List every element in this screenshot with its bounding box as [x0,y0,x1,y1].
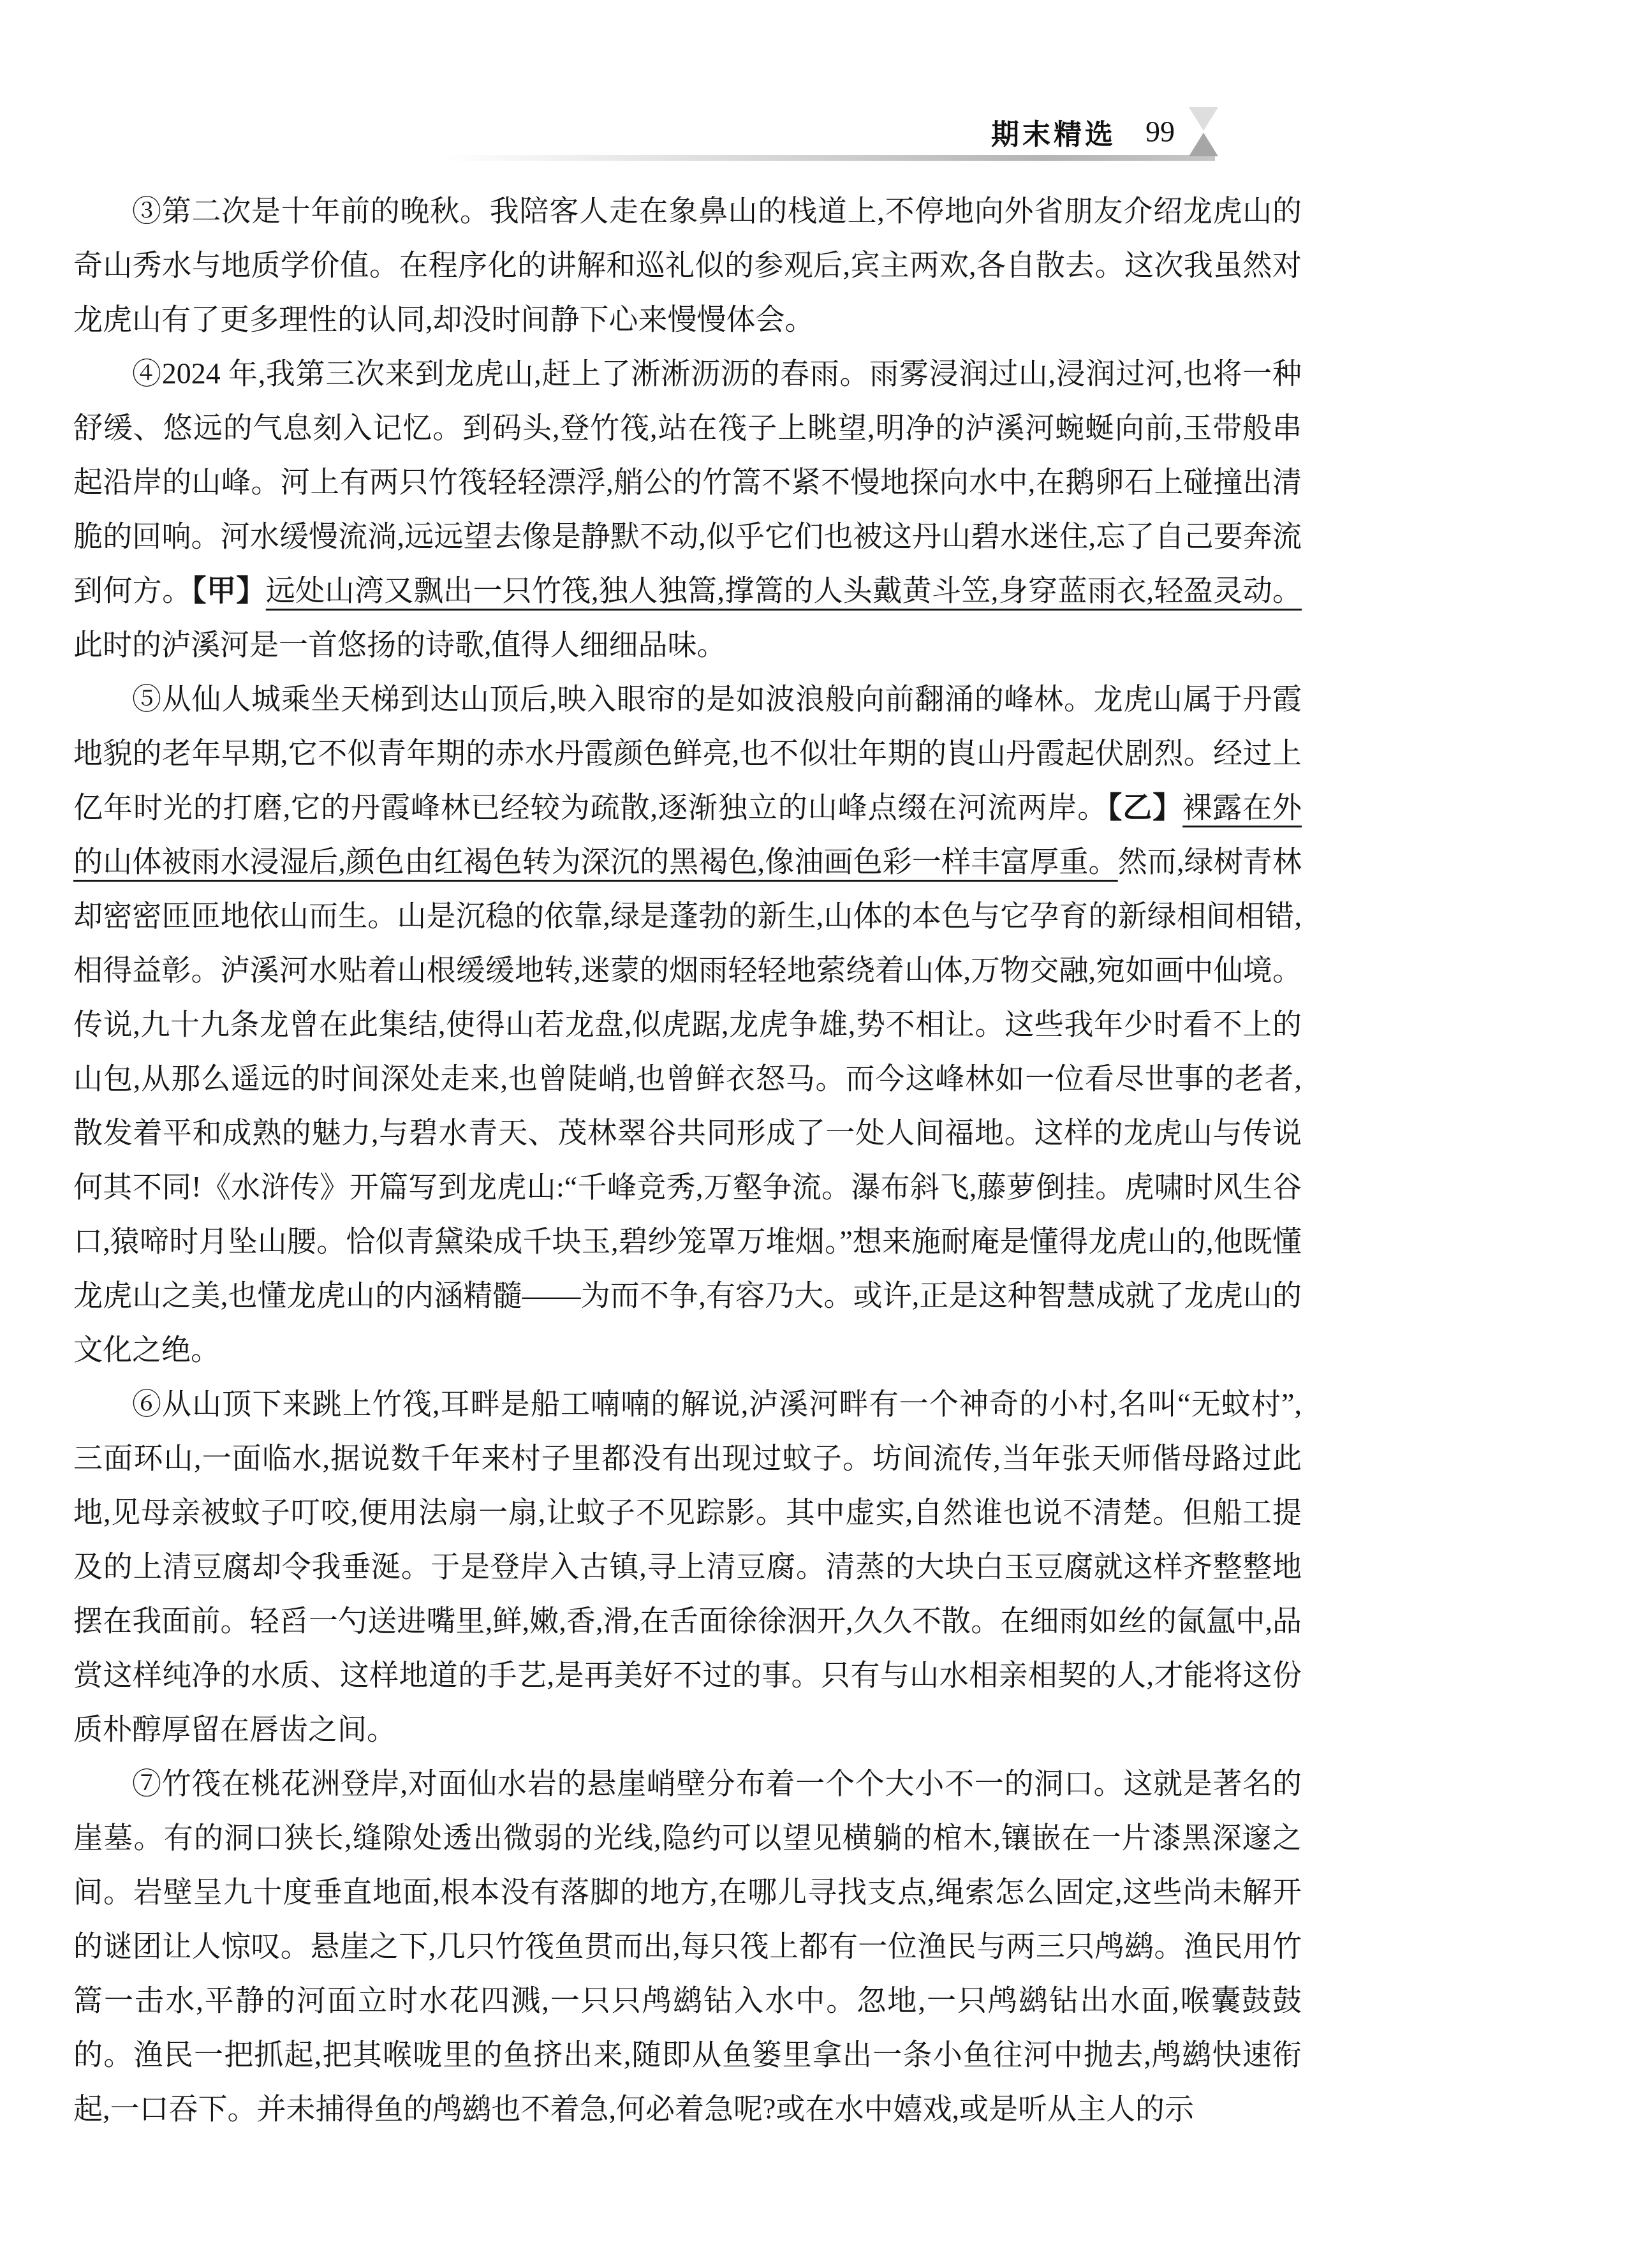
book-page: 期末精选 99 ③第二次是十年前的晚秋。我陪客人走在象鼻山的栈道上,不停地向外省… [0,0,1627,2268]
triangle-up-icon [1189,133,1218,156]
paragraph-7: ⑦竹筏在桃花洲登岸,对面仙水岩的悬崖峭壁分布着一个个大小不一的洞口。这就是著名的… [73,1756,1302,2136]
text-segment: 然而,绿树青林却密密匝匝地依山而生。山是沉稳的依靠,绿是蓬勃的新生,山体的本色与… [73,845,1302,1366]
paragraph-3: ③第二次是十年前的晚秋。我陪客人走在象鼻山的栈道上,不停地向外省朋友介绍龙虎山的… [73,184,1302,346]
text-segment: ④2024 年,我第三次来到龙虎山,赶上了淅淅沥沥的春雨。雨雾浸润过山,浸润过河… [73,357,1302,607]
marker-yi: 【乙】 [1107,790,1182,824]
triangle-down-icon [1189,107,1218,131]
bookmark-triangles-icon [1189,107,1218,156]
underlined-sentence-jia: 远处山湾又飘出一只竹筏,独人独篙,撑篙的人头戴黄斗笠,身穿蓝雨衣,轻盈灵动。 [266,574,1302,607]
page-number: 99 [1145,115,1175,149]
paragraph-6: ⑥从山顶下来跳上竹筏,耳畔是船工喃喃的解说,泸溪河畔有一个神奇的小村,名叫“无蚊… [73,1377,1302,1756]
article-body: ③第二次是十年前的晚秋。我陪客人走在象鼻山的栈道上,不停地向外省朋友介绍龙虎山的… [73,184,1302,2136]
marker-jia: 【甲】 [192,573,266,607]
paragraph-4: ④2024 年,我第三次来到龙虎山,赶上了淅淅沥沥的春雨。雨雾浸润过山,浸润过河… [73,346,1302,672]
text-segment: ⑦竹筏在桃花洲登岸,对面仙水岩的悬崖峭壁分布着一个个大小不一的洞口。这就是著名的… [73,1767,1302,2125]
header-row: 期末精选 99 [991,107,1218,156]
header-title: 期末精选 [991,112,1116,152]
text-segment: ⑥从山顶下来跳上竹筏,耳畔是船工喃喃的解说,泸溪河畔有一个神奇的小村,名叫“无蚊… [73,1388,1302,1745]
text-segment: 此时的泸溪河是一首悠扬的诗歌,值得人细细品味。 [73,628,726,661]
paragraph-5: ⑤从仙人城乘坐天梯到达山顶后,映入眼帘的是如波浪般向前翻涌的峰林。龙虎山属于丹霞… [73,672,1302,1377]
text-segment: ③第二次是十年前的晚秋。我陪客人走在象鼻山的栈道上,不停地向外省朋友介绍龙虎山的… [73,195,1302,336]
